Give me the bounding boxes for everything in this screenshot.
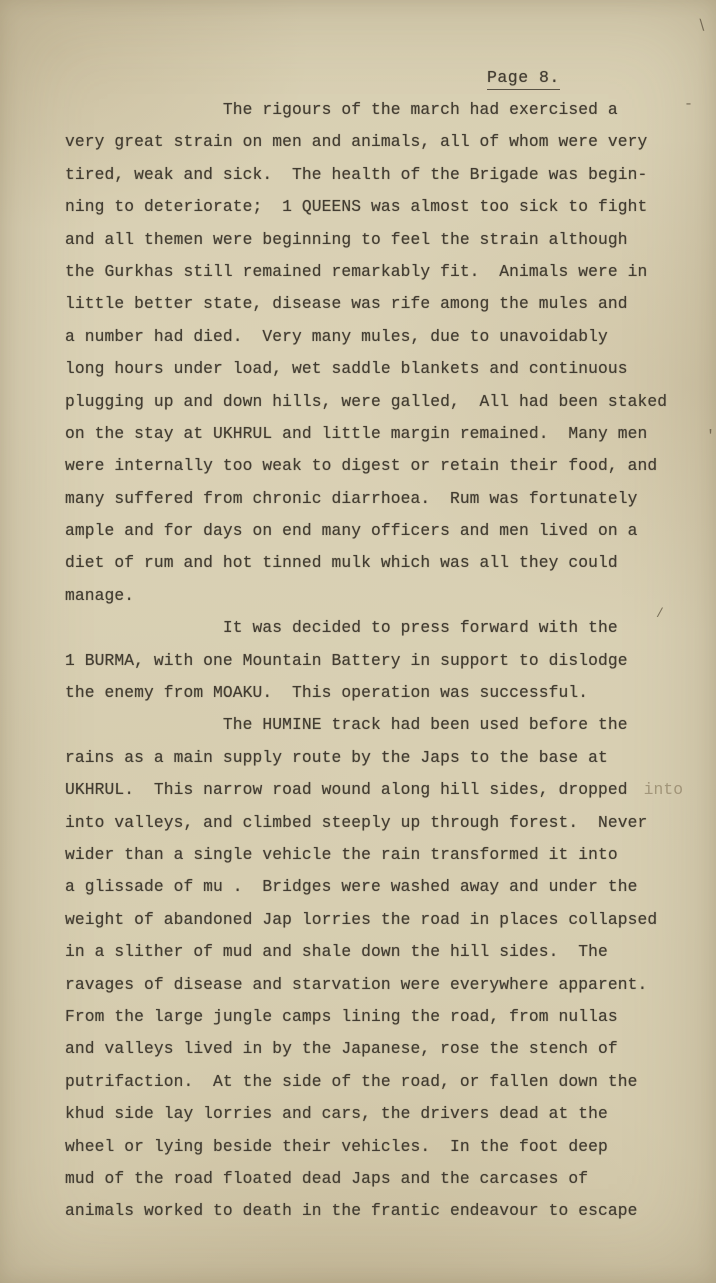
page-number-heading: Page 8. — [487, 68, 560, 90]
text-line: putrifaction. At the side of the road, o… — [65, 1072, 696, 1104]
text-line: a number had died. Very many mules, due … — [65, 327, 696, 359]
text-line: rains as a main supply route by the Japs… — [65, 748, 696, 780]
text-line: The HUMINE track had been used before th… — [65, 715, 696, 747]
text-line: mud of the road floated dead Japs and th… — [65, 1169, 696, 1201]
text-line: 1 BURMA, with one Mountain Battery in su… — [65, 651, 696, 683]
text-line: long hours under load, wet saddle blanke… — [65, 359, 696, 391]
text-line: little better state, disease was rife am… — [65, 294, 696, 326]
text-line: and all themen were beginning to feel th… — [65, 230, 696, 262]
text-line: manage. — [65, 586, 696, 618]
text-line: diet of rum and hot tinned mulk which wa… — [65, 553, 696, 585]
text-line-segment: UKHRUL. This narrow road wound along hil… — [65, 780, 628, 799]
text-line: tired, weak and sick. The health of the … — [65, 165, 696, 197]
text-line: weight of abandoned Jap lorries the road… — [65, 910, 696, 942]
text-line: From the large jungle camps lining the r… — [65, 1007, 696, 1039]
text-line: were internally too weak to digest or re… — [65, 456, 696, 488]
text-line: the Gurkhas still remained remarkably fi… — [65, 262, 696, 294]
text-line: on the stay at UKHRUL and little margin … — [65, 424, 696, 456]
text-line: ning to deteriorate; 1 QUEENS was almost… — [65, 197, 696, 229]
text-line: animals worked to death in the frantic e… — [65, 1201, 696, 1233]
text-line: khud side lay lorries and cars, the driv… — [65, 1104, 696, 1136]
text-line: the enemy from MOAKU. This operation was… — [65, 683, 696, 715]
text-line: plugging up and down hills, were galled,… — [65, 392, 696, 424]
stray-ink-mark: ' — [706, 428, 715, 445]
text-line: It was decided to press forward with the — [65, 618, 696, 650]
text-line: in a slither of mud and shale down the h… — [65, 942, 696, 974]
faded-text: into — [644, 780, 683, 799]
text-line: The rigours of the march had exercised a — [65, 100, 696, 132]
text-line: and valleys lived in by the Japanese, ro… — [65, 1039, 696, 1071]
text-line: wider than a single vehicle the rain tra… — [65, 845, 696, 877]
stray-ink-mark: \ — [695, 17, 707, 36]
text-line: a glissade of mu . Bridges were washed a… — [65, 877, 696, 909]
text-line: into valleys, and climbed steeply up thr… — [65, 813, 696, 845]
document-body: The rigours of the march had exercised a… — [65, 100, 696, 1234]
text-line: ample and for days on end many officers … — [65, 521, 696, 553]
text-line: UKHRUL. This narrow road wound along hil… — [65, 780, 696, 812]
text-line: ravages of disease and starvation were e… — [65, 975, 696, 1007]
text-line: very great strain on men and animals, al… — [65, 132, 696, 164]
document-page: Page 8. \ - ' / The rigours of the march… — [0, 0, 716, 1283]
text-line: wheel or lying beside their vehicles. In… — [65, 1137, 696, 1169]
text-line: many suffered from chronic diarrhoea. Ru… — [65, 489, 696, 521]
